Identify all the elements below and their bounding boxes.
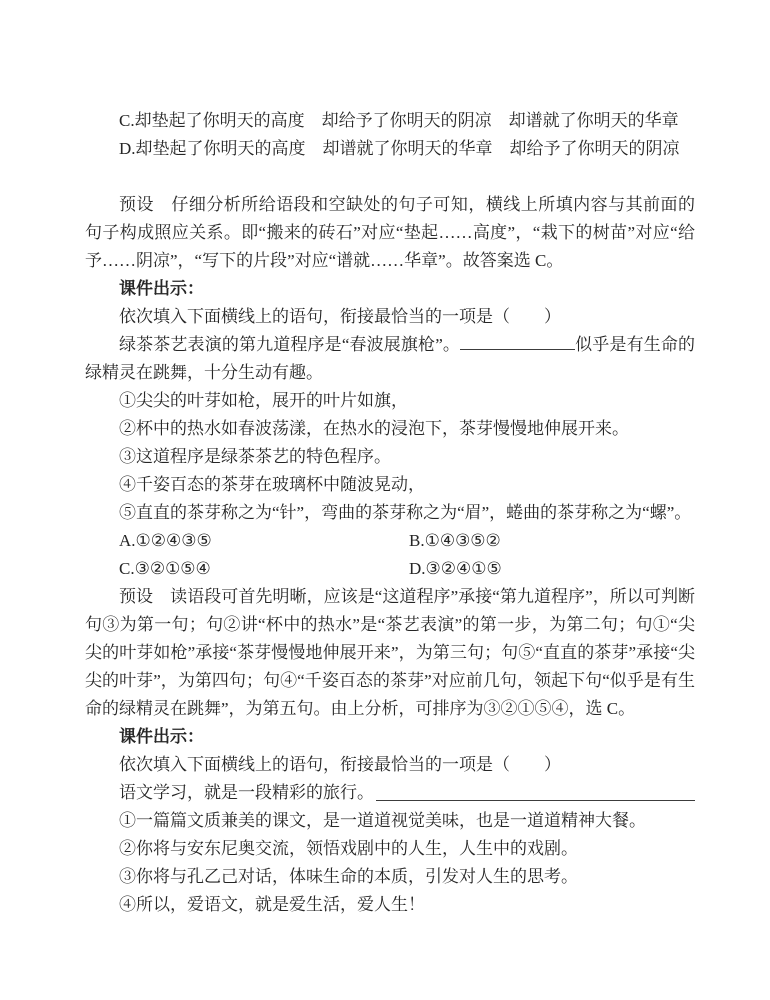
numbered-sentence-1-1: ①尖尖的叶芽如枪，展开的叶片如旗，: [85, 387, 695, 415]
passage-1-before-blank: 绿茶茶艺表演的第九道程序是“春波展旗枪”。: [119, 335, 460, 354]
fill-blank-underline-1: [460, 335, 575, 350]
fill-blank-underline-2: [376, 800, 695, 801]
choice-d: D.③②④①⑤: [409, 555, 695, 583]
document-page: C.却垫起了你明天的高度 却给予了你明天的阴凉 却谱就了你明天的华章 D.却垫起…: [0, 0, 770, 1000]
choice-a: A.①②④③⑤: [119, 527, 409, 555]
choice-b: B.①④③⑤②: [409, 527, 695, 555]
question-stem-1: 依次填入下面横线上的语句，衔接最恰当的一项是（ ）: [85, 303, 695, 331]
numbered-sentence-2-2: ②你将与安东尼奥交流，领悟戏剧中的人生，人生中的戏剧。: [85, 835, 695, 863]
numbered-sentence-2-1: ①一篇篇文质兼美的课文，是一道道视觉美味，也是一道道精神大餐。: [85, 807, 695, 835]
passage-2-before-blank: 语文学习，就是一段精彩的旅行。: [85, 779, 374, 807]
passage-2: 语文学习，就是一段精彩的旅行。: [85, 779, 695, 807]
numbered-sentence-1-5: ⑤直直的茶芽称之为“针”，弯曲的茶芽称之为“眉”，蜷曲的茶芽称之为“螺”。: [85, 499, 695, 527]
choice-c: C.③②①⑤④: [119, 555, 409, 583]
numbered-sentence-1-2: ②杯中的热水如春波荡漾，在热水的浸泡下，茶芽慢慢地伸展开来。: [85, 415, 695, 443]
courseware-label-1: 课件出示：: [85, 275, 695, 303]
preset-paragraph-2: 预设 读语段可首先明晰，应该是“这道程序”承接“第九道程序”，所以可判断句③为第…: [85, 583, 695, 723]
preset-paragraph-1: 预设 仔细分析所给语段和空缺处的句子可知，横线上所填内容与其前面的句子构成照应关…: [85, 191, 695, 275]
choice-row-cd: C.③②①⑤④D.③②④①⑤: [85, 555, 695, 583]
numbered-sentence-1-3: ③这道程序是绿茶茶艺的特色程序。: [85, 443, 695, 471]
prev-option-line-c: C.却垫起了你明天的高度 却给予了你明天的阴凉 却谱就了你明天的华章: [85, 107, 695, 135]
passage-1: 绿茶茶艺表演的第九道程序是“春波展旗枪”。似乎是有生命的绿精灵在跳舞，十分生动有…: [85, 331, 695, 387]
numbered-sentence-1-4: ④千姿百态的茶芽在玻璃杯中随波晃动，: [85, 471, 695, 499]
question-stem-2: 依次填入下面横线上的语句，衔接最恰当的一项是（ ）: [85, 751, 695, 779]
blank-line: [85, 163, 695, 191]
prev-option-line-d: D.却垫起了你明天的高度 却谱就了你明天的华章 却给予了你明天的阴凉: [85, 135, 695, 163]
courseware-label-2: 课件出示：: [85, 723, 695, 751]
numbered-sentence-2-3: ③你将与孔乙己对话，体味生命的本质，引发对人生的思考。: [85, 863, 695, 891]
choice-row-ab: A.①②④③⑤B.①④③⑤②: [85, 527, 695, 555]
numbered-sentence-2-4: ④所以，爱语文，就是爱生活，爱人生！: [85, 891, 695, 919]
